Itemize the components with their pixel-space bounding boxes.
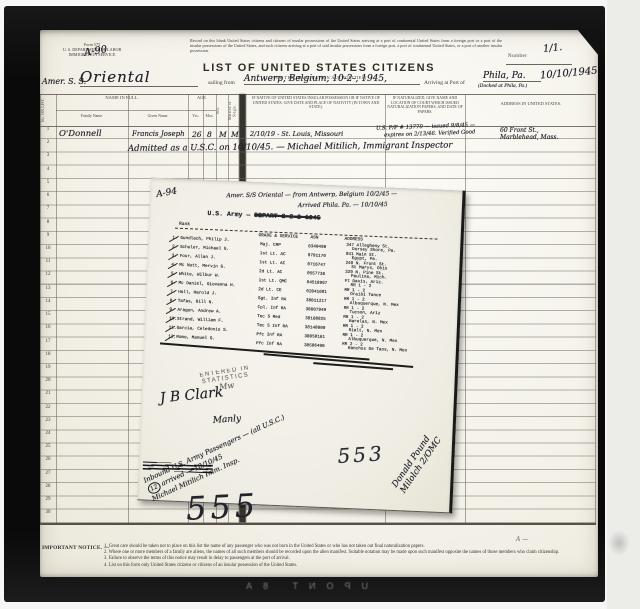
row-number: 7 — [41, 206, 55, 219]
attached-army-memo: A-94 Amer. S/S Oriental — from Antwerp, … — [137, 178, 465, 514]
number-label: Number — [508, 54, 527, 59]
roster-name: Schuler, Michael G. — [180, 246, 229, 253]
memo-annotation-a94: A-94 — [156, 187, 178, 200]
scanned-manifest-page: UPONT 8A Form 575 U. S. DEPARTMENT OF LA… — [0, 0, 640, 609]
roster-name: Hall, Harold J. — [178, 291, 217, 297]
row-number: 20 — [41, 378, 55, 391]
roster-asn: 04518967 — [307, 281, 328, 286]
roster-grade: 1st Lt. AC — [259, 261, 285, 267]
important-notice-label: IMPORTANT NOTICE. — — [42, 545, 109, 551]
sheet-number-value: 1/1. — [542, 42, 562, 55]
roster-asn: 38148000 — [305, 326, 326, 331]
roster-number: 4. — [171, 263, 176, 268]
roster-grade: 1st Lt. AC — [260, 252, 286, 258]
row-number: 27 — [41, 471, 55, 484]
roster-grade: 2d Lt. AC — [259, 270, 282, 275]
roster-name: Garcia, Celedonio S. — [176, 327, 228, 334]
row-number-column: 1234567891011121314151617181920212223242… — [41, 127, 55, 524]
vessel-name: Oriental — [80, 68, 198, 87]
row-number: 14 — [41, 299, 55, 312]
roster-asn: 0557736 — [307, 272, 325, 277]
roster-name: Strand, William F. — [177, 318, 224, 324]
roster-name: Romo, Manuel G. — [176, 336, 215, 342]
col-header-family: Family Name. — [56, 114, 128, 119]
roster-asn: 0716747 — [307, 263, 325, 268]
roster-asn: 38586490 — [304, 344, 325, 349]
roster-grade: Pfc Inf RA — [256, 333, 282, 339]
row-number: 11 — [41, 259, 55, 272]
memo-asn-header: ASN — [310, 235, 318, 240]
roster-grade: 2d Lt. CE — [258, 288, 281, 293]
passenger-age-yrs: 26 — [192, 130, 202, 139]
row-number: 3 — [41, 153, 55, 166]
col-header-married-single: Married or Single. — [228, 97, 239, 124]
stamped-number-553: 553 — [337, 441, 386, 468]
passenger-given-name: Francis Joseph — [132, 130, 185, 138]
right-signatures: Donald Pound Milolch 2/OMC — [390, 430, 443, 495]
roster-number: 2. — [172, 245, 177, 250]
row-number: 18 — [41, 352, 55, 365]
form-instructions: Record on this blank United States citiz… — [190, 38, 502, 54]
sailing-from-label: sailing from — [208, 80, 235, 86]
roster-number: 7. — [170, 290, 175, 295]
row-number: 9 — [41, 233, 55, 246]
arrival-port: Phila, Pa. — [483, 71, 541, 82]
passenger-address-line1: 60 Front St., — [500, 127, 539, 134]
roster-grade: 1st Lt. QMC — [259, 279, 288, 285]
row-number: 12 — [41, 272, 55, 285]
roster-name: Four, Allan J. — [180, 255, 216, 261]
row-number: 24 — [41, 431, 55, 444]
roster-asn: 02041081 — [306, 290, 327, 295]
memo-rank-label: Rank — [179, 222, 190, 227]
roster-address-line2: Ranchos De Taos, N. Mex — [348, 347, 407, 354]
row-number: 23 — [41, 418, 55, 431]
passenger-married-single: M — [231, 130, 239, 139]
row-number: 25 — [41, 444, 55, 457]
roster-number: 11. — [168, 326, 176, 331]
memo-roster: 1. Gundlach, Philip J. Maj. CMP 0340498 … — [144, 235, 460, 356]
roster-name: White, Wilbur W. — [179, 273, 220, 279]
row-number: 10 — [41, 246, 55, 259]
passenger-family-name: O'Donnell — [59, 129, 102, 139]
memo-handwritten-header1: Amer. S/S Oriental — from Antwerp, Belgi… — [226, 190, 397, 199]
col-header-sex: Sex. — [216, 97, 228, 124]
stray-mark: A — — [516, 536, 528, 543]
col-header-yrs: Yrs. — [188, 114, 203, 119]
row-number: 16 — [41, 325, 55, 338]
memo-org-label: U.S. Army — — [207, 210, 254, 219]
scan-smudge — [608, 530, 630, 556]
header-split-rule — [56, 110, 216, 111]
roster-grade: Tec 5 Inf RA — [257, 324, 288, 330]
diag-note-line2: 12 arrived — 10/10/45 — [146, 421, 291, 495]
roster-asn: 38058161 — [304, 335, 325, 340]
roster-number: 12. — [168, 335, 176, 340]
folded-corner — [577, 29, 599, 56]
row-number: 22 — [41, 405, 55, 418]
row-number: 17 — [41, 339, 55, 352]
arrival-port-note: (Docked at Phila, Pa.) — [478, 84, 527, 89]
roster-number: 6. — [170, 281, 175, 286]
passenger-age-mos: 8 — [207, 130, 212, 139]
col-header-age: AGE. — [188, 96, 216, 101]
roster-grade: Pfc Inf RA — [256, 342, 282, 348]
roster-grade: Sgt. Inf RA — [258, 297, 287, 303]
clerk-signature2: Manly — [213, 414, 242, 426]
roster-asn: 38168825 — [305, 317, 326, 322]
row-number: 2 — [41, 140, 55, 153]
row-number: 1 — [41, 127, 55, 140]
row-number: 19 — [41, 365, 55, 378]
scan-right-gutter — [607, 0, 640, 609]
col-header-native: IF NATIVE OF UNITED STATES INSULAR POSSE… — [248, 96, 384, 110]
roster-asn: 0791170 — [308, 254, 326, 259]
roster-number: 5. — [171, 272, 176, 277]
row-number: 26 — [41, 457, 55, 470]
roster-grade: Tec 5 Med — [257, 315, 280, 320]
table-bottom-rule — [40, 523, 596, 525]
roster-asn: 38007949 — [305, 308, 326, 313]
roster-number: 10. — [169, 317, 177, 322]
row-number: 13 — [41, 286, 55, 299]
memo-handwritten-header2: Arrived Phila. Pa. — 10/10/45 — [298, 201, 388, 209]
roster-name: Mc Nutt, Mervin G. — [179, 264, 226, 270]
arriving-label: Arriving at Port of — [424, 80, 465, 86]
origin-port-and-date: Antwerp, Belgium, 10-2-, 1945, — [244, 74, 420, 85]
row-number: 30 — [41, 510, 55, 523]
roster-grade: Cpl. Inf RA — [257, 306, 286, 312]
roster-number: 1. — [172, 237, 177, 242]
memo-address-header: ADDRESS — [344, 237, 363, 243]
roster-name: Gundlach, Philip J. — [180, 237, 229, 244]
row-number: 29 — [41, 497, 55, 510]
passenger-address-line2: Marblehead, Mass. — [500, 134, 558, 141]
handwritten-number-555: 555 — [185, 486, 260, 528]
col-header-no: No. ON LIST. — [41, 96, 55, 124]
roster-asn: 0340498 — [308, 245, 326, 250]
row-number: 8 — [41, 220, 55, 233]
roster-name: Tafas, Bill N. — [178, 300, 214, 306]
row-number: 28 — [41, 484, 55, 497]
memo-struck-text: DEPART 2 2 2 1945 — [254, 212, 321, 222]
col-header-mos: Mos. — [203, 114, 216, 119]
roster-name: Aragon, Andrew A. — [177, 309, 221, 315]
col-header-naturalized: IF NATURALIZED, GIVE NAME AND LOCATION O… — [386, 96, 464, 114]
memo-org-line: U.S. Army — DEPART 2 2 2 1945 — [207, 210, 320, 222]
table-top-rule — [40, 94, 596, 95]
roster-number: 8. — [170, 299, 175, 304]
col-header-address: ADDRESS IN UNITED STATES. — [466, 102, 596, 107]
important-notice-items: 1. Great care should be taken not to pla… — [104, 544, 578, 569]
row-number: 6 — [41, 193, 55, 206]
roster-number: 3. — [172, 254, 177, 259]
roster-grade: Maj. CMP — [260, 243, 281, 248]
roster-name: Mc Daniel, Giovanna H. — [178, 282, 235, 289]
row-number: 21 — [41, 391, 55, 404]
memo-grade-header: GRADE & SERVICE — [258, 233, 298, 240]
passenger-birth: 2/10/19 - St. Louis, Missouri — [250, 130, 343, 138]
row-number: 5 — [41, 180, 55, 193]
passenger-sex: M — [219, 130, 227, 139]
col-header-name: NAME IN FULL. — [56, 96, 188, 101]
col-header-given: Given Name. — [128, 114, 188, 119]
clerk-signature: J B Clark — [159, 384, 224, 406]
film-edge-print: UPONT 8A — [28, 581, 368, 597]
roster-asn: 38011217 — [306, 299, 327, 304]
row-number: 4 — [41, 167, 55, 180]
notice-item: 4. List on this form only United States … — [104, 563, 578, 569]
row-number: 15 — [41, 312, 55, 325]
manifest-sheet: Form 575 U. S. DEPARTMENT OF LABOR IMMIG… — [40, 30, 598, 577]
roster-number: 9. — [169, 308, 174, 313]
